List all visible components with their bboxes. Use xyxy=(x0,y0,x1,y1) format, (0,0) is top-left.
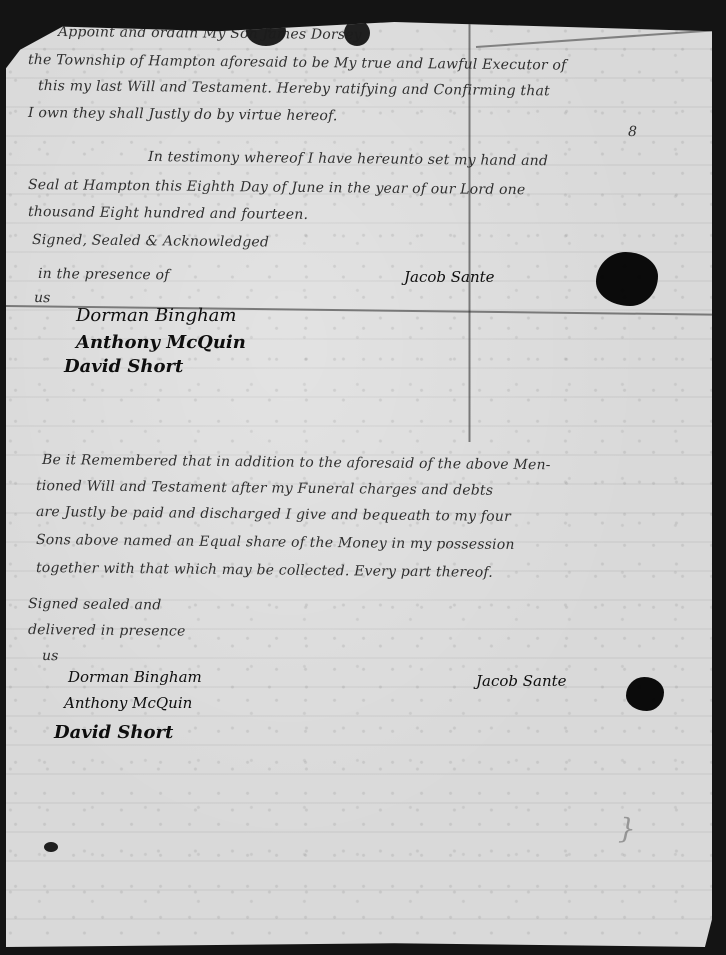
attestation-1-line-2: in the presence of xyxy=(38,266,170,283)
testimonium-line-3: thousand Eight hundred and fourteen. xyxy=(28,204,308,223)
will-line-1: Appoint and ordain My Son James Dorsey xyxy=(58,24,362,43)
witness-2-3: David Short xyxy=(54,722,173,743)
codicil-line-3: are Justly be paid and discharged I give… xyxy=(36,504,511,525)
wax-seal-1 xyxy=(596,252,658,306)
attestation-1-line-3: us xyxy=(34,290,51,306)
wax-seal-2 xyxy=(626,677,664,711)
manuscript-page: Appoint and ordain My Son James Dorsey t… xyxy=(6,22,712,947)
ink-blot xyxy=(344,20,370,46)
witness-1-1: Dorman Bingham xyxy=(76,305,236,326)
witness-2-1: Dorman Bingham xyxy=(68,668,202,686)
will-line-3: this my last Will and Testament. Hereby … xyxy=(38,78,550,99)
ink-blot xyxy=(246,16,286,46)
codicil-line-4: Sons above named an Equal share of the M… xyxy=(36,532,515,553)
testimonium-line-2: Seal at Hampton this Eighth Day of June … xyxy=(28,177,526,198)
codicil-line-1: Be it Remembered that in addition to the… xyxy=(42,452,551,473)
testimonium-line-1: In testimony whereof I have hereunto set… xyxy=(148,149,548,169)
margin-mark-8: 8 xyxy=(628,124,637,140)
ink-spot xyxy=(44,842,58,852)
will-line-4: I own they shall Justly do by virtue her… xyxy=(28,105,338,124)
top-fold-crease xyxy=(476,29,716,48)
will-line-2: the Township of Hampton aforesaid to be … xyxy=(28,52,567,74)
attestation-2-line-3: us xyxy=(42,648,59,664)
margin-mark-brace: } xyxy=(618,812,636,845)
attestation-1-line-1: Signed, Sealed & Acknowledged xyxy=(32,232,269,250)
codicil-line-2: tioned Will and Testament after my Funer… xyxy=(36,478,493,499)
attestation-2-line-2: delivered in presence xyxy=(28,622,186,640)
witness-2-2: Anthony McQuin xyxy=(64,694,192,712)
witness-1-3: David Short xyxy=(64,356,183,377)
codicil-line-5: together with that which may be collecte… xyxy=(36,560,493,581)
vertical-fold-line xyxy=(468,22,471,442)
witness-1-2: Anthony McQuin xyxy=(76,332,246,353)
horizontal-fold-line xyxy=(6,305,712,316)
testator-signature-1: Jacob Sante xyxy=(404,268,495,286)
testator-signature-2: Jacob Sante xyxy=(476,672,567,690)
attestation-2-line-1: Signed sealed and xyxy=(28,596,162,613)
